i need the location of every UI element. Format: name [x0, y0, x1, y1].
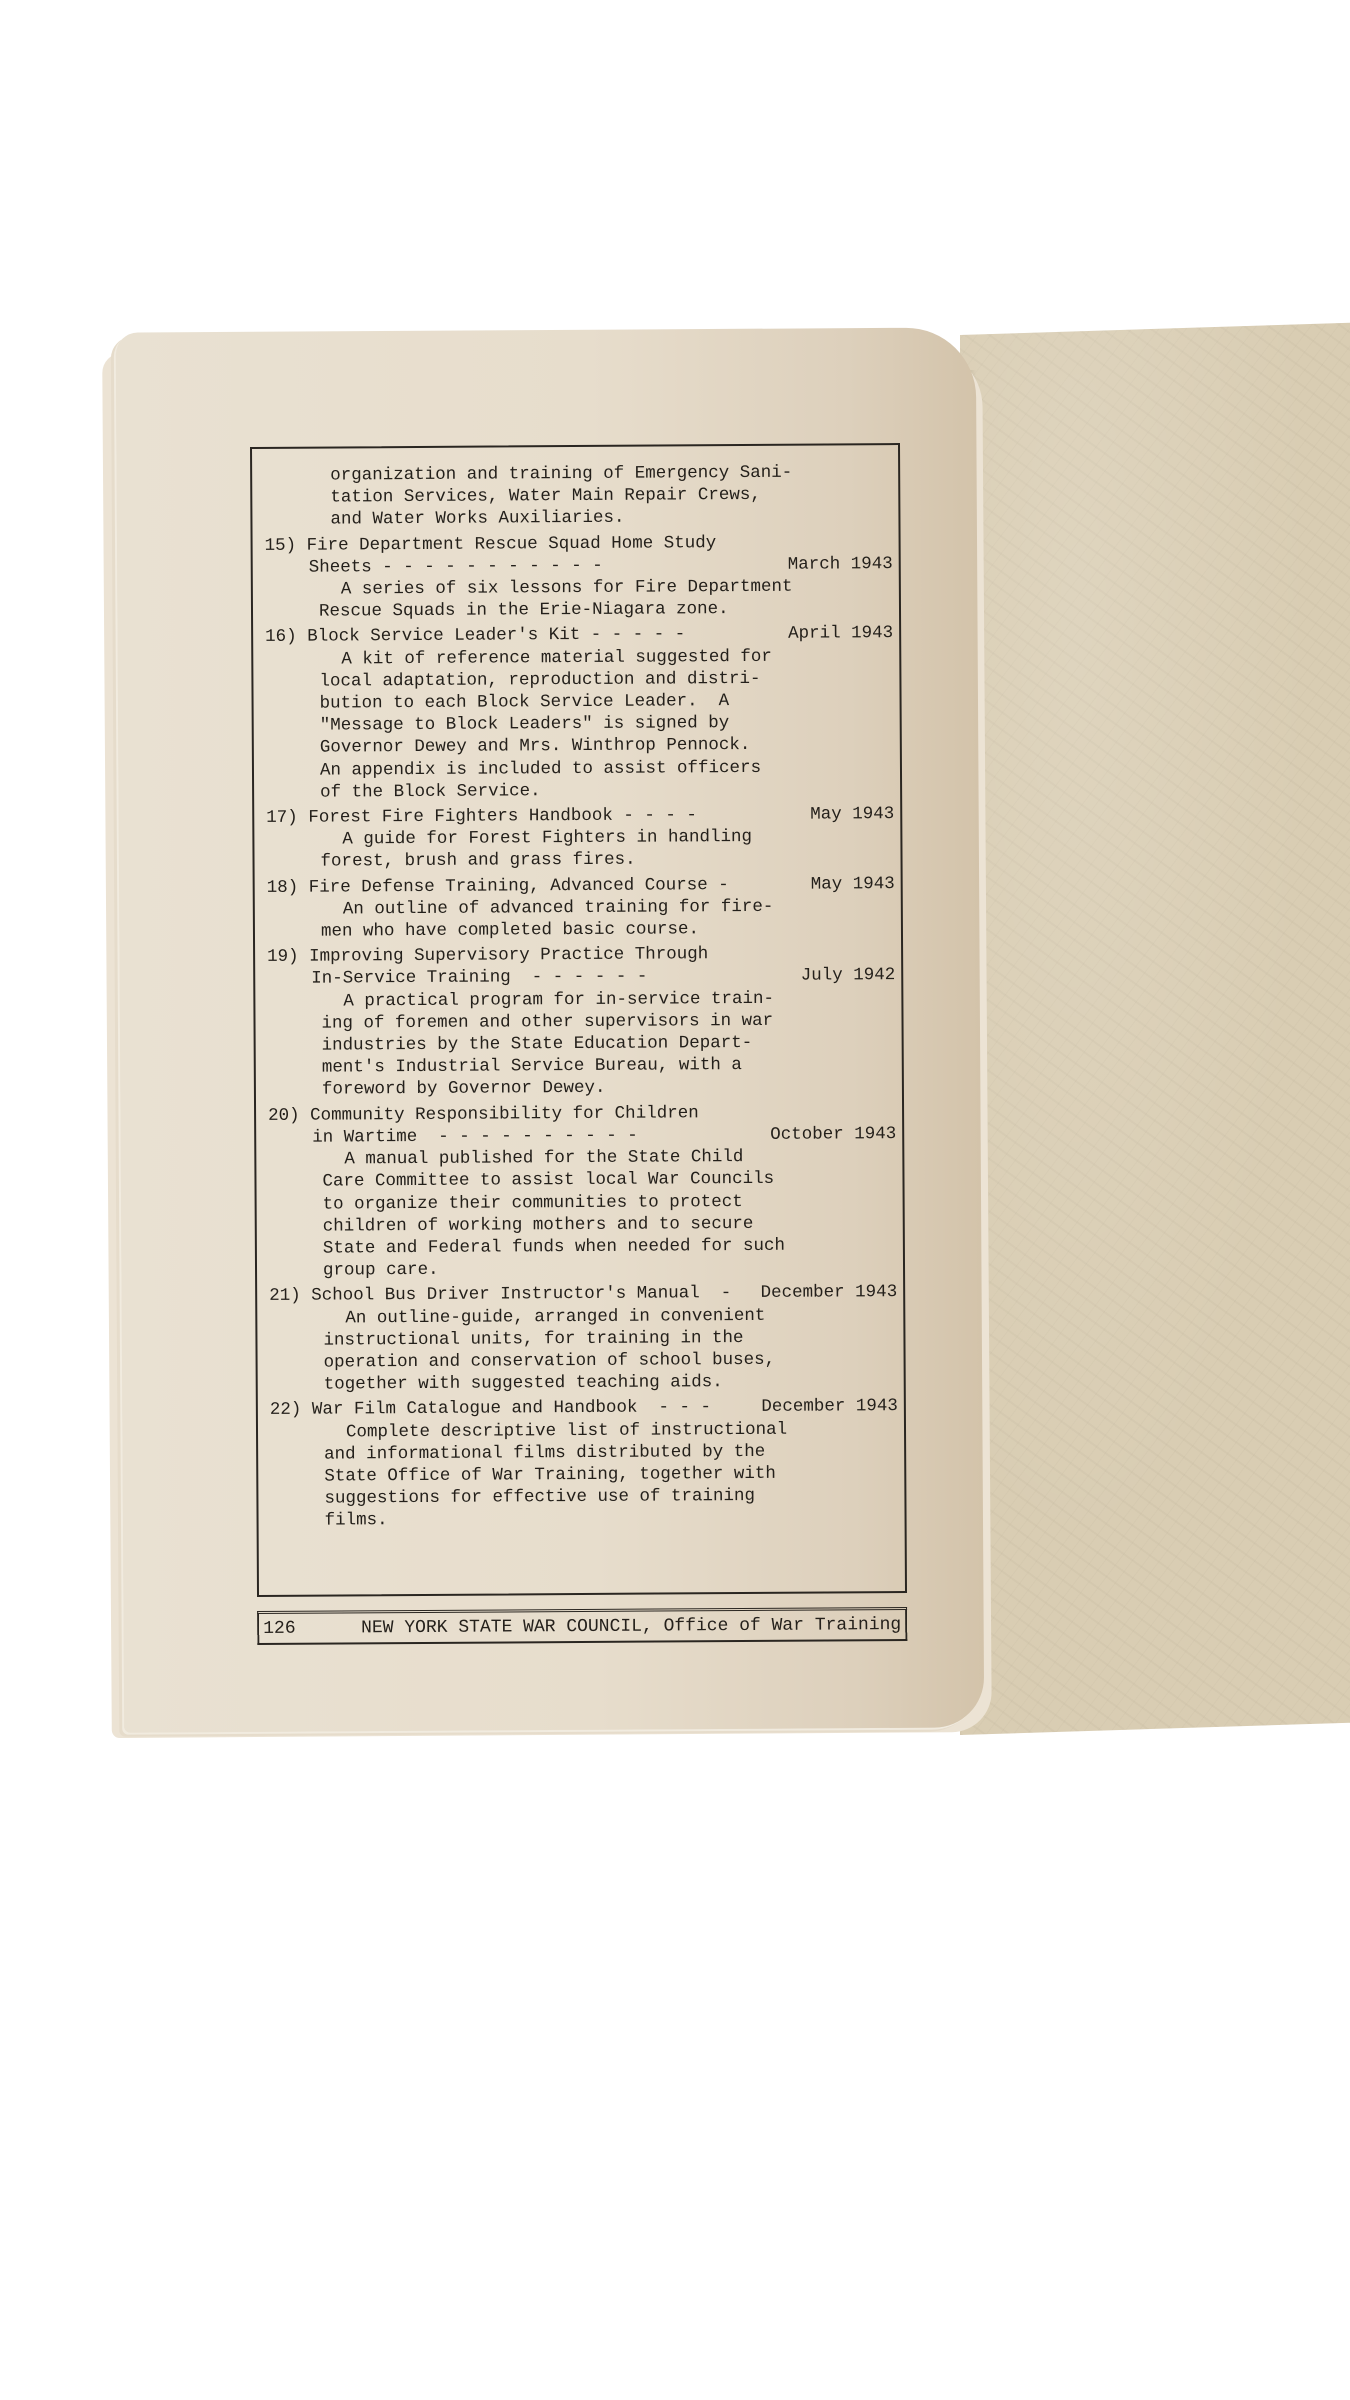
footer-title: NEW YORK STATE WAR COUNCIL, Office of Wa…: [359, 1615, 901, 1638]
entry-number: 16): [265, 626, 297, 648]
entry-description: Complete descriptive list of instruction…: [270, 1418, 899, 1533]
list-item: 22) War Film Catalogue and Handbook - - …: [270, 1395, 899, 1532]
list-item: 21) School Bus Driver Instructor's Manua…: [269, 1281, 898, 1396]
list-item: 18) Fire Defense Training, Advanced Cour…: [267, 873, 895, 943]
entry-date: December 1943: [761, 1395, 898, 1418]
entry-date: May 1943: [810, 803, 894, 826]
entry-description: A kit of reference material suggested fo…: [265, 645, 894, 804]
entry-title: In-Service Training - - - - - -July 1942: [267, 965, 895, 991]
entries-list: 15) Fire Department Rescue Squad Home St…: [265, 531, 899, 1533]
entry-number: 20): [268, 1104, 300, 1126]
entry-title: 16) Block Service Leader's Kit - - - - -…: [265, 622, 893, 648]
entry-date: December 1943: [761, 1281, 898, 1304]
list-item: 17) Forest Fire Fighters Handbook - - - …: [266, 803, 894, 873]
entry-description: A manual published for the State ChildCa…: [268, 1145, 897, 1282]
continuation-text: organization and training of Emergency S…: [264, 461, 892, 531]
facing-page-endpaper: [960, 323, 1350, 1735]
entry-title: Sheets - - - - - - - - - - -March 1943: [265, 553, 893, 579]
entry-number: 17): [266, 807, 298, 829]
entry-description: An outline-guide, arranged in convenient…: [269, 1304, 898, 1397]
entry-title: 22) War Film Catalogue and Handbook - - …: [270, 1395, 898, 1421]
entry-number: 19): [267, 946, 299, 968]
entry-date: March 1943: [788, 553, 893, 576]
entry-description: A series of six lessons for Fire Departm…: [265, 575, 893, 623]
list-item: 15) Fire Department Rescue Squad Home St…: [265, 531, 894, 624]
entry-number: 21): [269, 1285, 301, 1307]
page-text-frame: organization and training of Emergency S…: [250, 443, 907, 1597]
entry-description: An outline of advanced training for fire…: [267, 895, 895, 943]
entry-number: 15): [265, 534, 297, 556]
list-item: 19) Improving Supervisory Practice Throu…: [267, 942, 896, 1101]
publication-list: organization and training of Emergency S…: [264, 461, 899, 1532]
entry-title: in Wartime - - - - - - - - - -October 19…: [268, 1123, 896, 1149]
list-item: 16) Block Service Leader's Kit - - - - -…: [265, 622, 894, 803]
page-number: 126: [263, 1618, 359, 1639]
entry-date: April 1943: [788, 622, 893, 645]
list-item: 20) Community Responsibility for Childre…: [268, 1101, 897, 1282]
entry-number: 18): [267, 876, 299, 898]
entry-date: October 1943: [770, 1123, 896, 1146]
entry-date: May 1943: [811, 873, 895, 896]
entry-description: A guide for Forest Fighters in handlingf…: [266, 825, 894, 873]
entry-title: 21) School Bus Driver Instructor's Manua…: [269, 1281, 897, 1307]
page-footer: 126 NEW YORK STATE WAR COUNCIL, Office o…: [257, 1607, 907, 1645]
entry-number: 22): [270, 1399, 302, 1421]
entry-description: A practical program for in-service train…: [267, 987, 896, 1102]
entry-date: July 1942: [801, 965, 896, 988]
